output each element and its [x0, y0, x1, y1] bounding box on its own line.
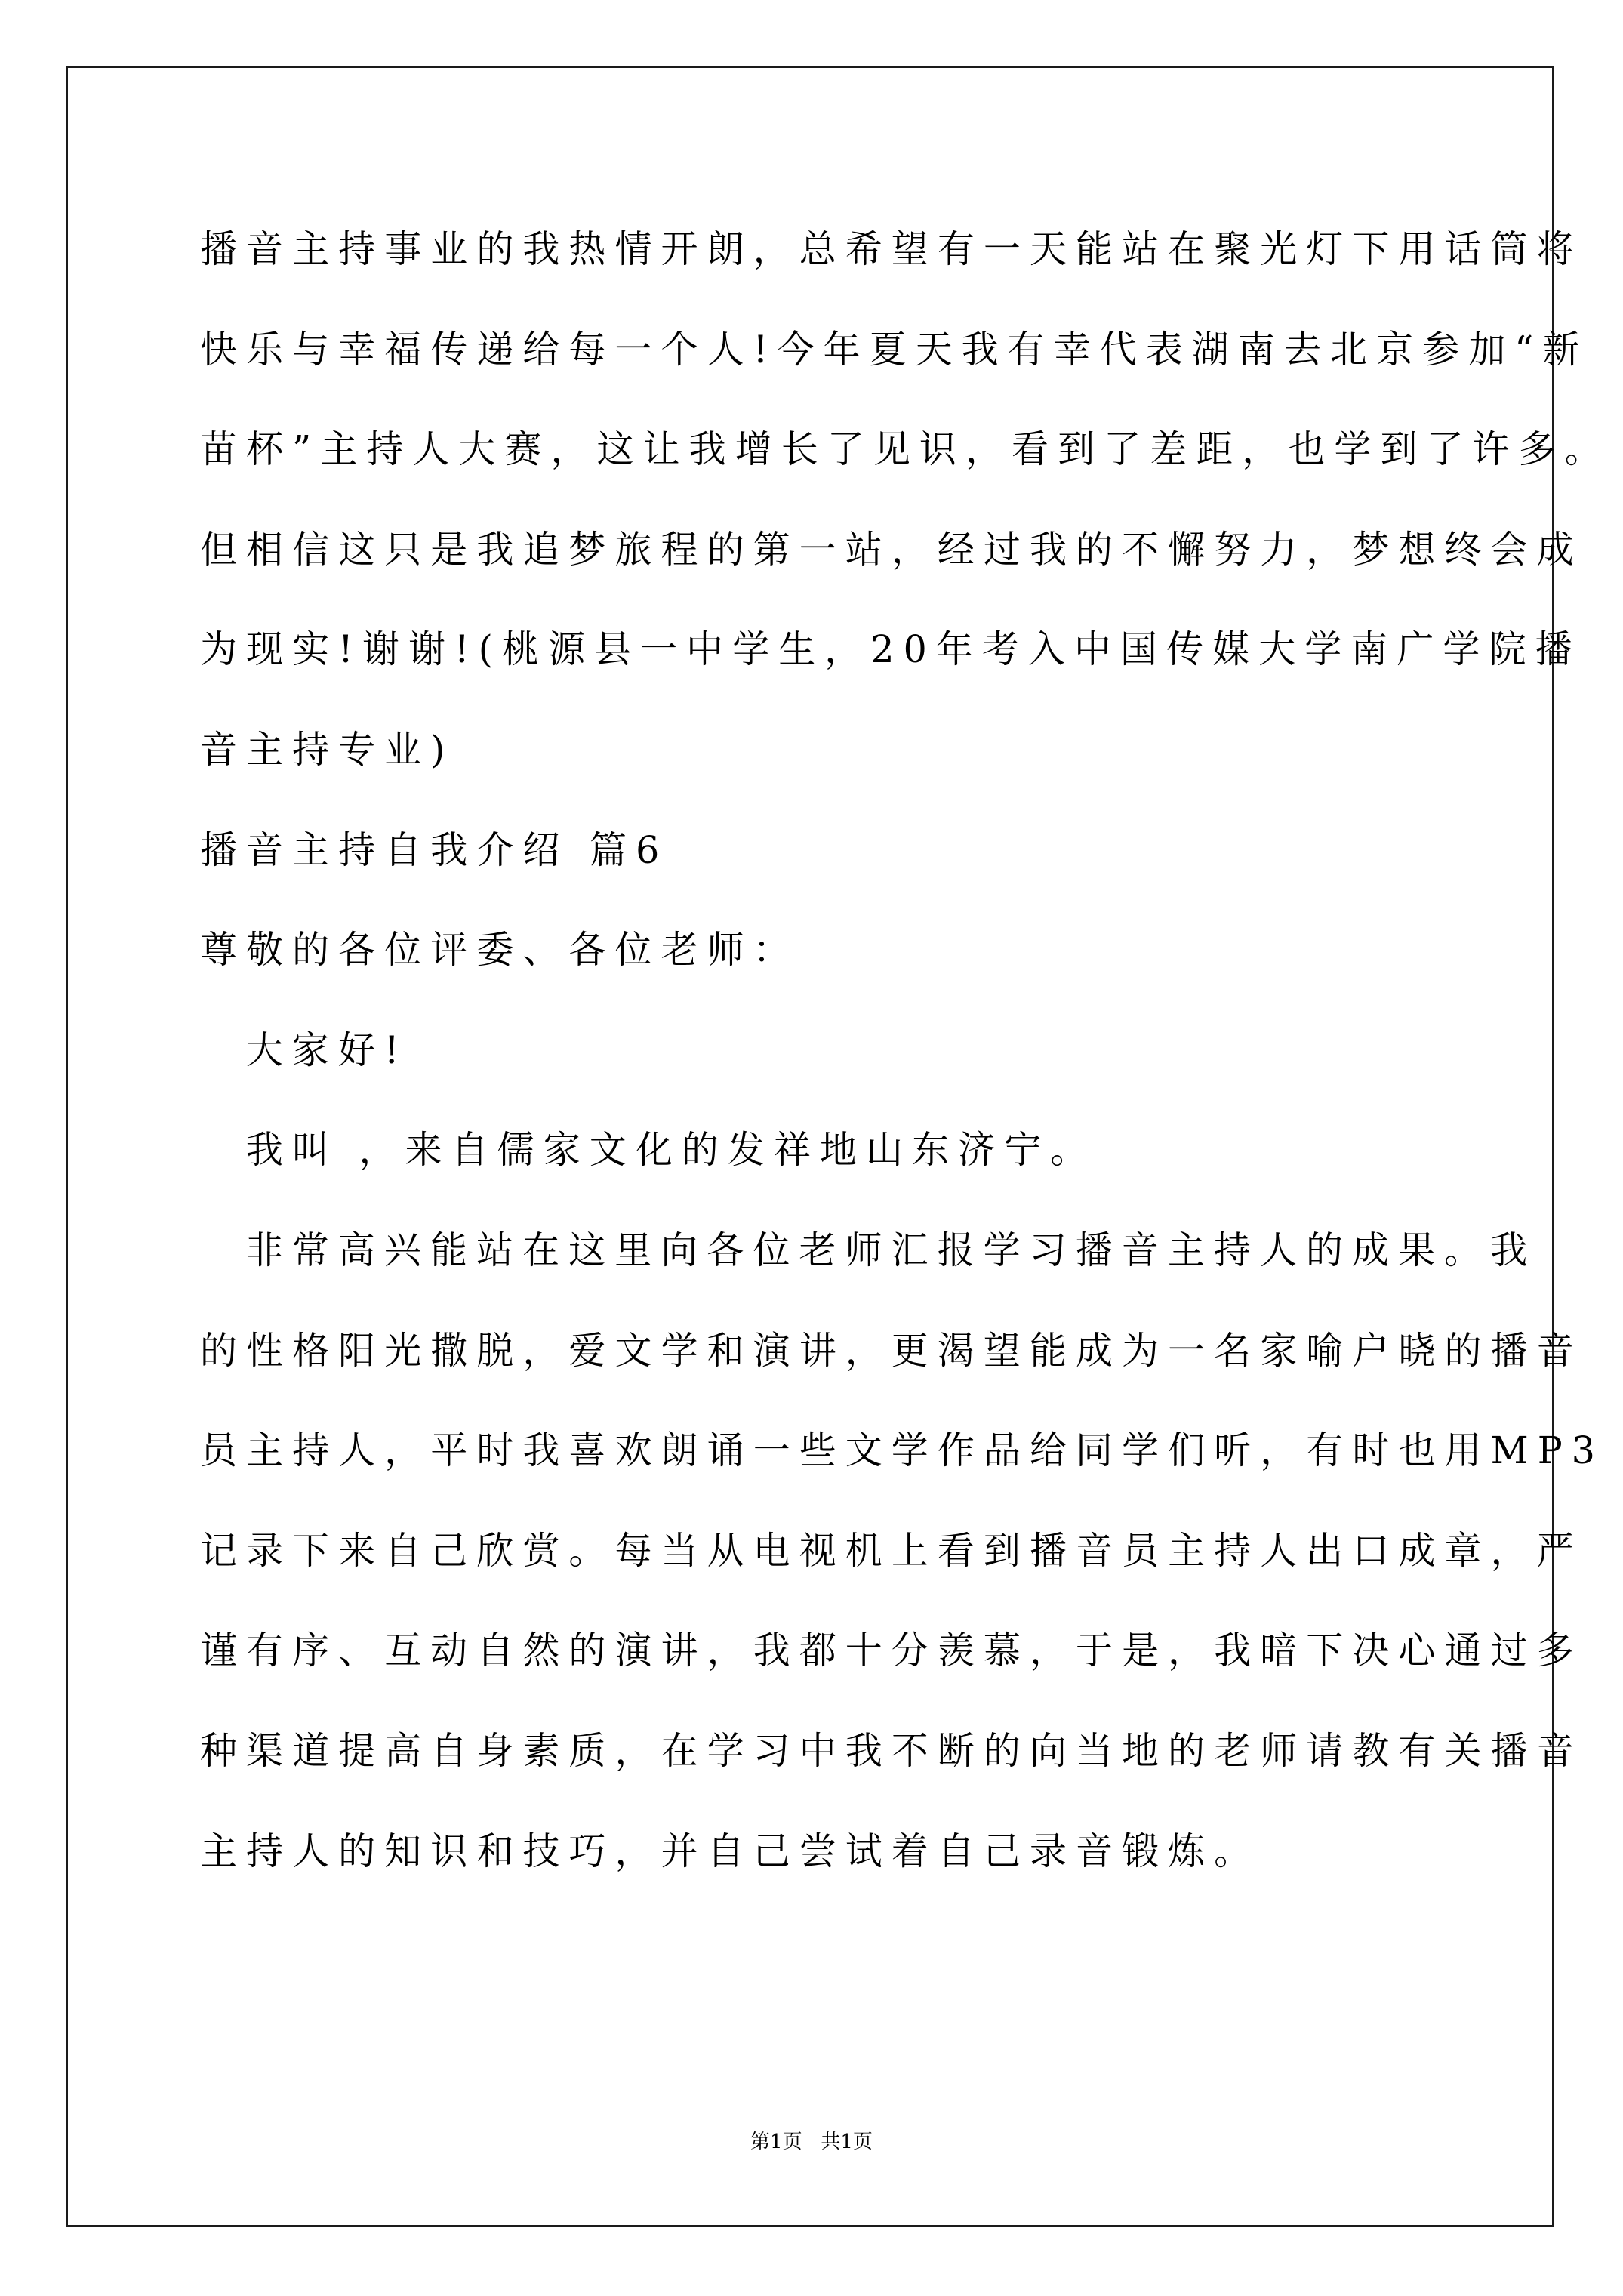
paragraph-line: 苗杯”主持人大赛，这让我增长了见识，看到了差距，也学到了许多。 [200, 399, 1413, 500]
paragraph-line: 播音主持事业的我热情开朗，总希望有一天能站在聚光灯下用话筒将 [200, 199, 1413, 300]
paragraph-line: 为现实!谢谢!(桃源县一中学生，20年考入中国传媒大学南广学院播 [200, 599, 1413, 700]
salutation: 尊敬的各位评委、各位老师： [200, 900, 1413, 1000]
paragraph-line: 种渠道提高自身素质，在学习中我不断的向当地的老师请教有关播音 [200, 1701, 1413, 1801]
paragraph-line: 记录下来自己欣赏。每当从电视机上看到播音员主持人出口成章，严 [200, 1501, 1413, 1601]
document-body: 播音主持事业的我热情开朗，总希望有一天能站在聚光灯下用话筒将 快乐与幸福传递给每… [200, 199, 1438, 1901]
paragraph-line: 主持人的知识和技巧，并自己尝试着自己录音锻炼。 [200, 1801, 1413, 1902]
greeting: 大家好! [200, 1000, 1413, 1101]
paragraph-line: 音主持专业) [200, 700, 1413, 800]
paragraph-line: 的性格阳光撒脱，爱文学和演讲，更渴望能成为一名家喻户晓的播音 [200, 1301, 1413, 1401]
paragraph-line: 员主持人，平时我喜欢朗诵一些文学作品给同学们听，有时也用MP3 [200, 1401, 1413, 1501]
section-heading: 播音主持自我介绍 篇6 [200, 800, 1413, 901]
paragraph-line: 非常高兴能站在这里向各位老师汇报学习播音主持人的成果。我 [200, 1200, 1413, 1301]
paragraph-line: 但相信这只是我追梦旅程的第一站，经过我的不懈努力，梦想终会成 [200, 500, 1413, 600]
paragraph-line: 快乐与幸福传递给每一个人!今年夏天我有幸代表湖南去北京参加“新 [200, 300, 1413, 400]
page-number-footer: 第1页 共1页 [0, 2128, 1623, 2156]
paragraph-line: 谨有序、互动自然的演讲，我都十分羡慕，于是，我暗下决心通过多 [200, 1601, 1413, 1701]
paragraph-line: 我叫 ，来自儒家文化的发祥地山东济宁。 [200, 1100, 1413, 1200]
